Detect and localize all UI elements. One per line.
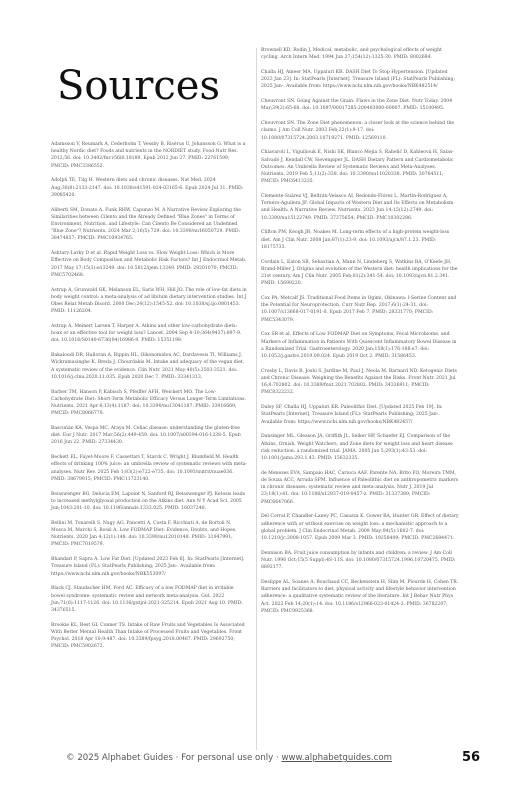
reference-item: Deslippe AL, Soanes A, Bouchaud CC, Beck… [261, 579, 459, 615]
reference-item: Barber TM, Hanson P, Kabisch S, Pfeiffer… [51, 389, 247, 418]
page-number: 56 [462, 750, 480, 765]
reference-item: Brownell KD, Rodin J. Medical, metabolic… [261, 47, 459, 61]
reference-item: Bhandari P, Sapra A. Low Fat Diet. [Upda… [51, 556, 247, 578]
reference-item: Adolph TE, Tilg H. Western diets and chr… [51, 177, 247, 199]
reference-item: Chiavaroli L, Viguiliouk E, Nishi SK, Bl… [261, 149, 459, 185]
reference-item: Dansinger ML, Gleason JA, Griffith JL, S… [261, 433, 459, 462]
reference-item: Adamsson V, Reumark A, Cederholm T, Vess… [51, 141, 247, 170]
reference-item: Beckett EL, Fayet-Moore F, Cassettari T,… [51, 454, 247, 483]
reference-item: Clemente-Suárez VJ, Beltrán-Velasco AI, … [261, 193, 459, 222]
reference-item: Dennison BA. Fruit juice consumption by … [261, 550, 459, 572]
reference-item: Cheuvront SN. The Zone Diet phenomenon: … [261, 120, 459, 142]
reference-item: de Menezes EVA, Sampaio HAC, Carioca AAF… [261, 470, 459, 506]
footer-copyright: © 2025 Alphabet Guides · For personal us… [66, 753, 281, 763]
reference-item: Cox PA, Metcalf JS. Traditional Food Ite… [261, 295, 459, 324]
reference-item: Challa HJ, Ameer MA, Uppaluri KR. DASH D… [261, 69, 459, 91]
reference-item: Cheuvront SN. Going Against the Grain: F… [261, 98, 459, 112]
reference-item: Clifton PM, Keogh JB, Noakes M. Long-ter… [261, 229, 459, 251]
reference-item: Cox SR et al. Effects of Low FODMAP Diet… [261, 331, 459, 360]
column-divider [256, 48, 257, 750]
reference-item: Black CJ, Staudacher HM, Ford AC. Effica… [51, 585, 247, 614]
footer-website-link[interactable]: www.alphabetguides.com [281, 753, 392, 763]
reference-item: Aliberti SM, Donato A, Funk RHW, Capunzo… [51, 207, 247, 243]
page-title: Sources [57, 66, 220, 106]
reference-item: Bascuñán KA, Vespa MC, Araya M. Celiac d… [51, 425, 247, 447]
reference-item: Bakaloudi DR, Halloran A, Rippin HL, Oik… [51, 352, 247, 381]
reference-item: Crosby L, Davis B, Joshi S, Jardine M, P… [261, 368, 459, 397]
reference-item: Del Corral P, Chandler-Laney PC, Casazza… [261, 513, 459, 542]
reference-item: Astrup A, Meinert Larsen T, Harper A. At… [51, 323, 247, 345]
reference-item: Astrup A, Grunwald GK, Melanson EL, Sari… [51, 287, 247, 316]
reference-item: Bellini M, Tonarelli S, Nagy AG, Pancett… [51, 520, 247, 549]
reference-item: Cordain L, Eaton SB, Sebastian A, Mann N… [261, 259, 459, 288]
reference-item: Daley SF, Challa HJ, Uppaluri KR. Paleol… [261, 404, 459, 426]
reference-item: Brookie KL, Best GI, Conner TS. Intake o… [51, 622, 247, 651]
references-column-left: Adamsson V, Reumark A, Cederholm T, Vess… [51, 141, 247, 658]
reference-item: Ashtary-Larky D et al. Rapid Weight Loss… [51, 250, 247, 279]
page-footer: © 2025 Alphabet Guides · For personal us… [66, 753, 486, 763]
references-column-right: Brownell KD, Rodin J. Medical, metabolic… [261, 47, 459, 623]
reference-item: Beisswenger BG, Delucia EM, Lapoint N, S… [51, 491, 247, 513]
